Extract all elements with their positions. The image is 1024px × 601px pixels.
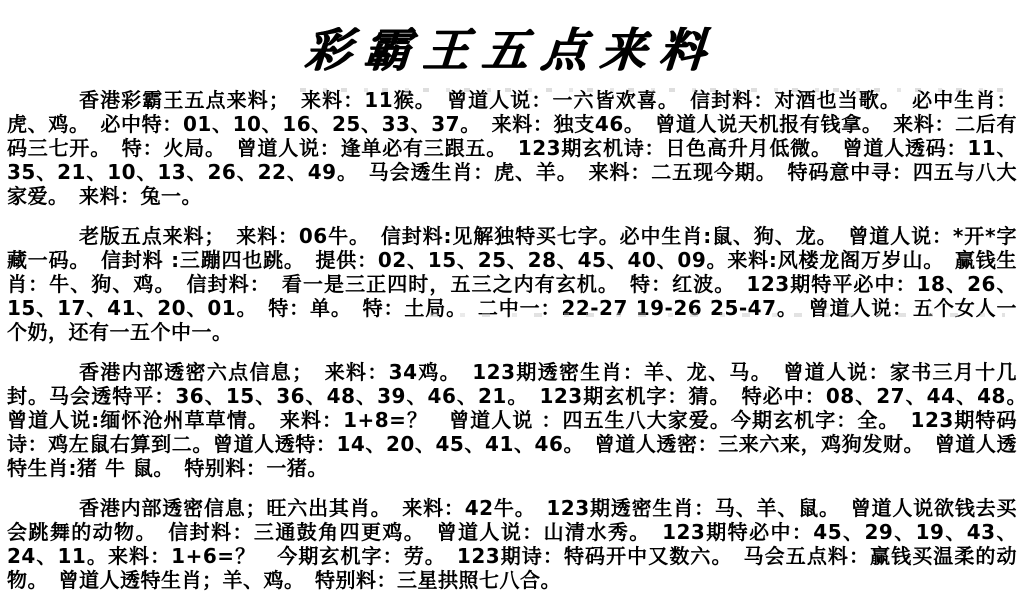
paragraph-old-version-five-point: 老版五点来料； 来料：06牛。 信封料:见解独特买七字。必中生肖:鼠、狗、龙。 … — [7, 224, 1017, 344]
paragraph-hongkong-five-point: 香港彩霸王五点来料； 来料：11猴。 曾道人说：一六皆欢喜。 信封料：对酒也当歌… — [7, 88, 1017, 208]
paragraph-internal-six-point: 香港内部透密六点信息； 来料：34鸡。 123期透密生肖：羊、龙、马。 曾道人说… — [7, 360, 1017, 480]
sheet-body: 香港彩霸王五点来料； 来料：11猴。 曾道人说：一六皆欢喜。 信封料：对酒也当歌… — [0, 88, 1024, 592]
lottery-tips-sheet: 彩霸王五点来料 香港彩霸王五点来料； 来料：11猴。 曾道人说：一六皆欢喜。 信… — [0, 0, 1024, 601]
paragraph-internal-info: 香港内部透密信息；旺六出其肖。 来料：42牛。 123期透密生肖：马、羊、鼠。 … — [7, 496, 1017, 592]
page-title: 彩霸王五点来料 — [0, 14, 1024, 80]
